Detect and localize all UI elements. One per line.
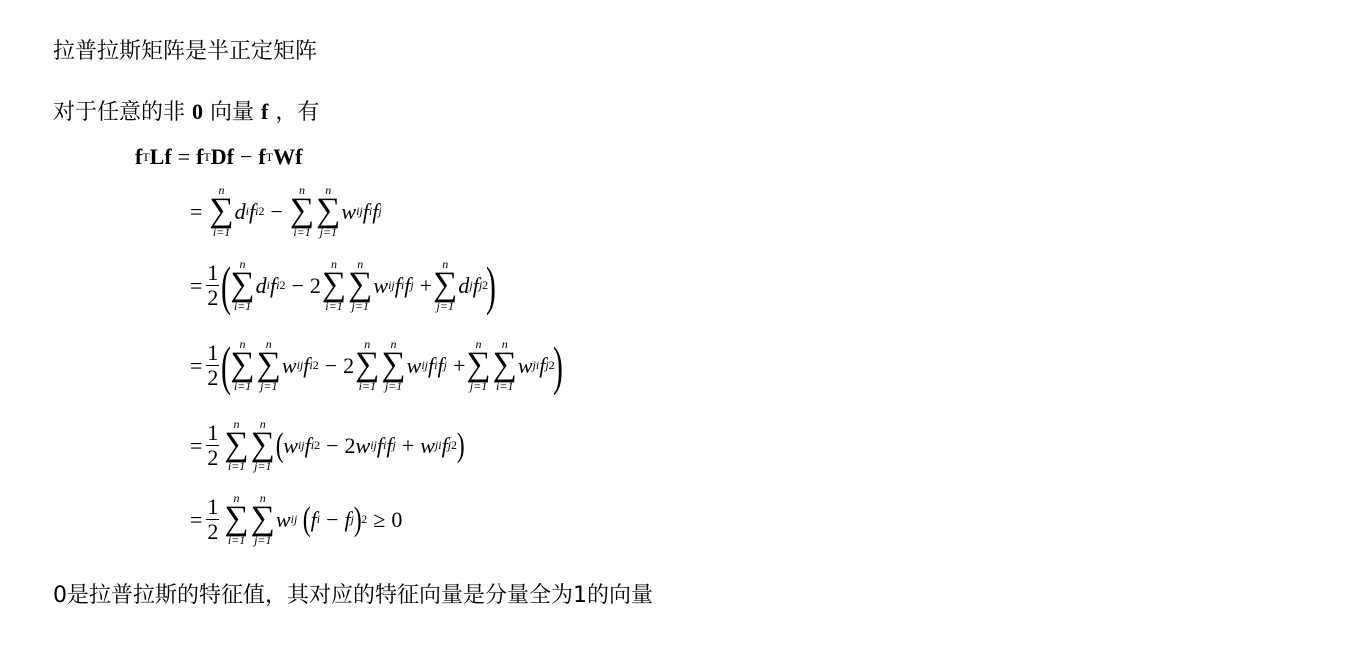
equation-line-6: =12 n∑i=1 n∑j=1 wij(fi−fj)2≥0 xyxy=(190,492,402,547)
equation-line-5: =12 n∑i=1 n∑j=1 ( wijfi2−2wijfifj+wjifj2… xyxy=(190,418,464,473)
conclusion: 0是拉普拉斯的特征值，其对应的特征向量是分量全为1的向量 xyxy=(53,578,653,609)
equation-line-1: fTLf=fTDf−fTWf xyxy=(135,144,302,170)
intro-middle: 向量 xyxy=(210,100,254,125)
intro-zero: 0 xyxy=(192,99,203,124)
intro-suffix: ，有 xyxy=(275,100,319,125)
intro-vector: f xyxy=(261,99,268,124)
intro-prefix: 对于任意的非 xyxy=(53,100,185,125)
equation-line-4: =12 ( n∑i=1 n∑j=1 wijfi2−2 n∑i=1 n∑j=1 w… xyxy=(190,338,561,393)
equation-line-2: = n∑i=1 difi2− n∑i=1 n∑j=1 wijfifj xyxy=(190,184,382,239)
equation-line-3: =12 ( n∑i=1 difi2−2 n∑i=1 n∑j=1 wijfifj+… xyxy=(190,258,494,313)
heading: 拉普拉斯矩阵是半正定矩阵 xyxy=(53,34,317,65)
intro-line: 对于任意的非 0 向量 f ，有 xyxy=(53,95,319,126)
